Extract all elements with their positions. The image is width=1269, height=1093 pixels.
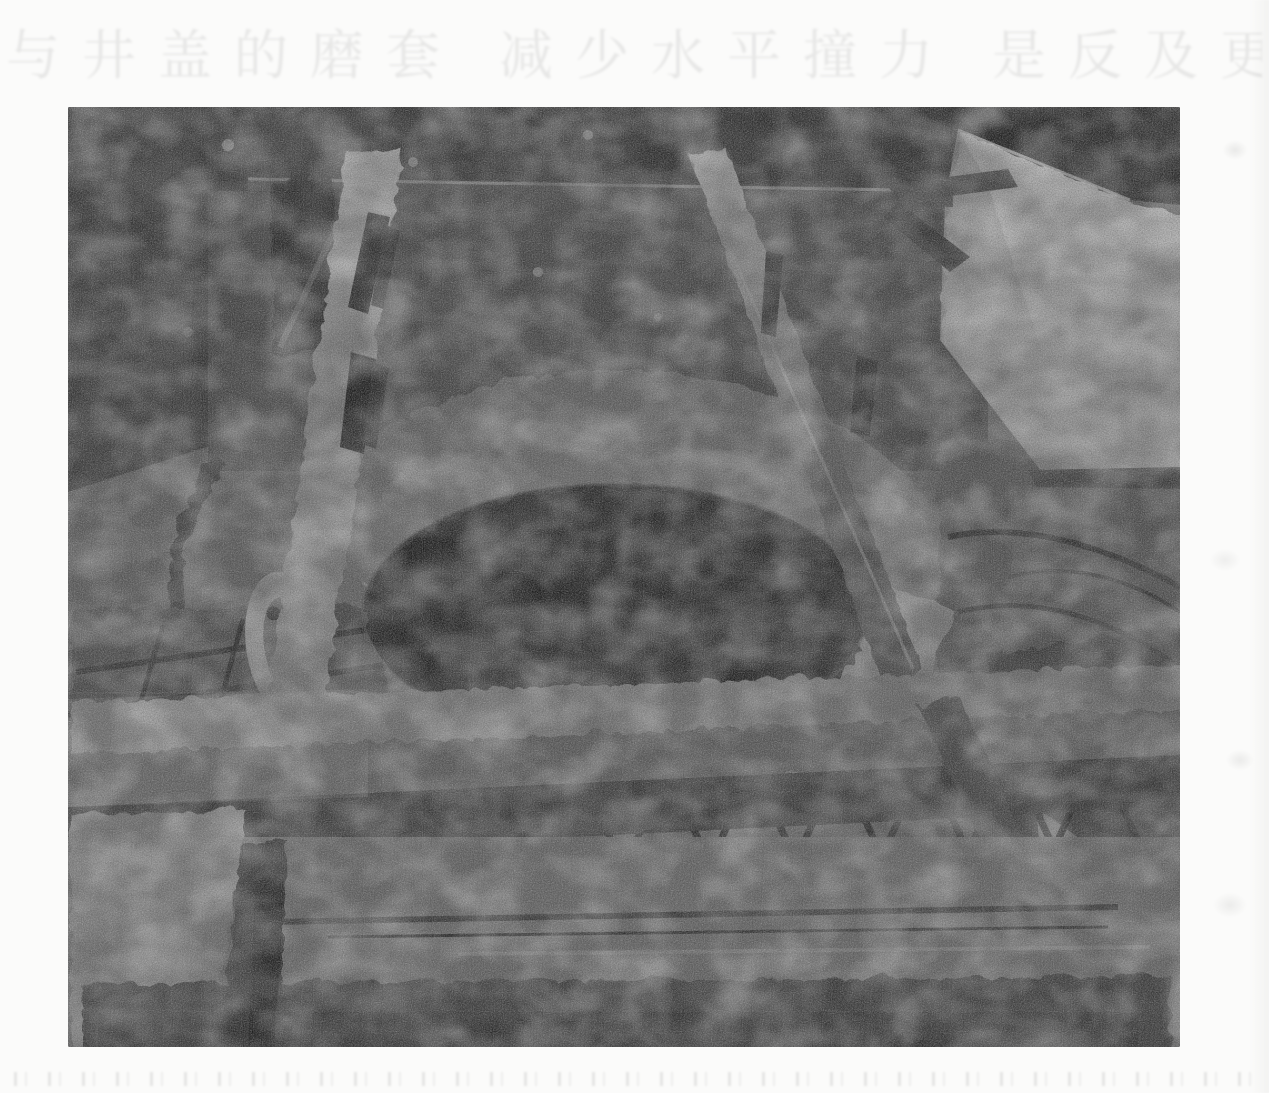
manhole-formwork-photo (68, 107, 1180, 1047)
photo-canvas (68, 107, 1180, 1047)
scanned-page: 与井盖的磨套 减少水平撞力 是反及更 (0, 0, 1269, 1093)
halftone-grain-overlay (68, 107, 1180, 1047)
bleedthrough-top-text: 与井盖的磨套 减少水平撞力 是反及更 (6, 16, 1262, 102)
bleedthrough-bottom-marks (4, 1072, 1264, 1086)
right-margin-smudges (1195, 0, 1269, 1093)
